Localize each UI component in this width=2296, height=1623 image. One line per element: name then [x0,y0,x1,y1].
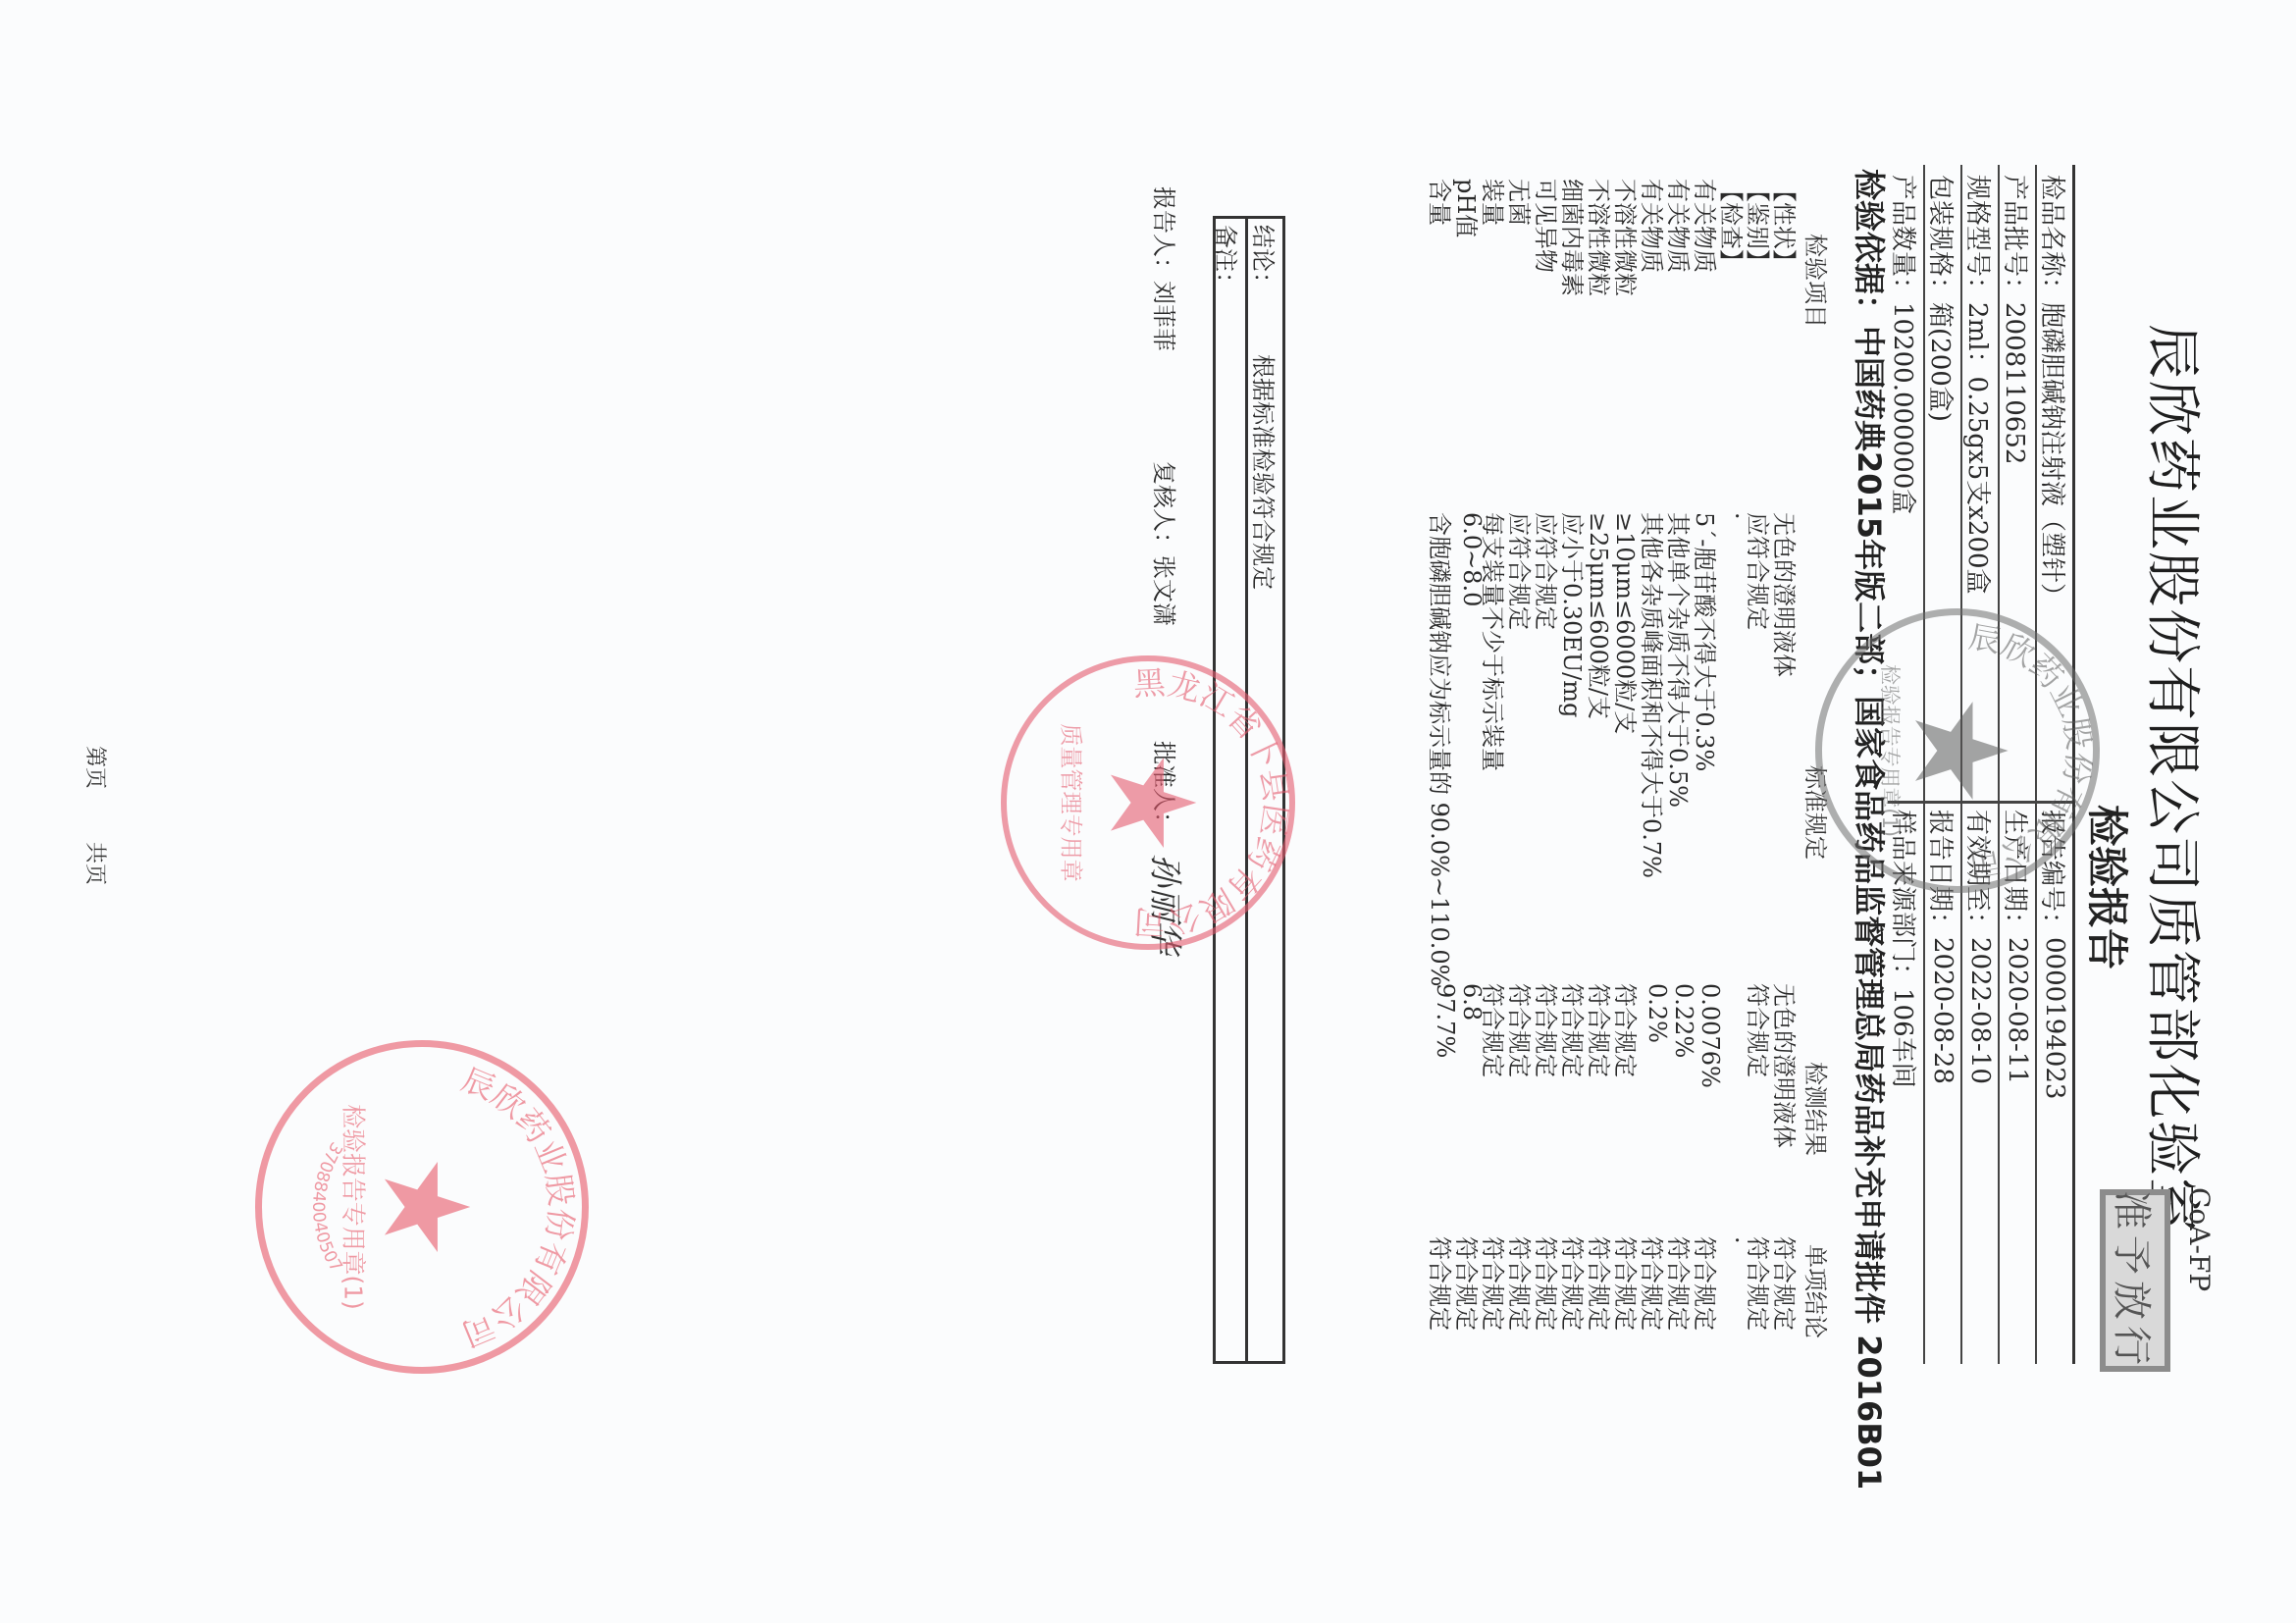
test-result: 0.2% [1644,983,1671,1043]
column-header-conclusion: 单项结论 [1800,1244,1835,1338]
conclusion-row: 结论： 根据标准检验符合规定 [1248,219,1282,1361]
production-date: 2020-08-11 [2003,937,2032,1084]
info-row: 产品批号：2008110652 生产日期：2020-08-11 [1998,165,2035,1364]
test-result: 符合规定 [1743,983,1777,1077]
test-conclusion: 符合规定 [1743,1236,1777,1331]
form-code: CoA-FP [2183,1187,2216,1291]
column-header-item: 检验项目 [1800,234,1835,328]
packaging: 箱(200盒) [1926,302,1956,422]
svg-text:质量管理专用章: 质量管理专用章 [1058,723,1083,881]
info-label: 有效期至： [1962,810,1999,937]
test-standard: 应符合规定 [1743,512,1777,630]
inspection-report-document: 辰欣药业股份有限公司质管部化验室 检验报告 CoA-FP 准予放行 检品名称：胞… [0,0,2296,1623]
release-approved-stamp: 准予放行 [2100,1189,2170,1372]
test-result: 0.22% [1670,983,1697,1058]
info-label: 报告日期： [1925,810,1961,937]
expiry-date: 2022-08-10 [1965,937,1995,1084]
info-label: 生产日期： [2000,810,2036,937]
report-date: 2020-08-28 [1928,937,1957,1084]
company-lab-title: 辰欣药业股份有限公司质管部化验室 [2137,324,2216,1234]
column-header-result: 检测结果 [1800,1062,1835,1156]
red-company-seal: 辰欣药业股份有限公司 3708840040507 检验报告专用章(1) ★ [255,1040,589,1374]
star-icon: ★ [365,1154,483,1260]
page-footer: 第页 共页 [81,746,112,885]
approver-handwritten-signature: 孙丽华 [1144,854,1192,954]
reporter-name: 刘菲菲 [1150,281,1177,351]
product-name: 胞磷胆碱钠注射液（塑针） [2038,302,2067,608]
info-row: 规格型号：2ml：0.25gx5支x200盒 有效期至：2022-08-10 [1960,165,1998,1364]
info-label: 检品名称： [2038,175,2067,302]
approver-label: 批准人： [1149,741,1183,835]
info-label: 规格型号： [1963,175,1993,302]
remarks-label: 备注： [1211,225,1245,295]
info-label: 包装规格： [1926,175,1956,302]
conclusion-box: 结论： 根据标准检验符合规定 备注： [1213,216,1285,1364]
test-standard: · [1723,512,1750,520]
page-total-label: 共页 [82,842,107,885]
test-result: 0.0076% [1696,983,1724,1088]
reviewer: 复核人：张文潇 [1149,461,1183,626]
report-title: 检验报告 [2080,805,2139,969]
test-item: 含量 [1425,179,1459,226]
reporter: 报告人：刘菲菲 [1149,186,1183,351]
svg-text:3708840040507: 3708840040507 [308,1138,345,1276]
test-result: 97.7% [1432,983,1459,1058]
info-label: 产品批号： [2001,175,2030,302]
svg-text:辰欣药业股份有限公司: 辰欣药业股份有限公司 [456,1061,580,1353]
svg-text:检验报告专用章(1): 检验报告专用章(1) [339,1104,367,1310]
test-conclusion: 符合规定 [1425,1236,1459,1331]
report-number: 0000194023 [2040,937,2069,1099]
remarks-row: 备注： [1211,219,1248,1361]
conclusion-label: 结论： [1248,225,1282,295]
reviewer-label: 复核人： [1150,461,1177,555]
test-standard: 6.0~8.0 [1458,512,1486,606]
column-header-standard: 标准规定 [1800,765,1835,860]
seal-ring-text: 辰欣药业股份有限公司 3708840040507 检验报告专用章(1) [262,1047,582,1367]
info-label: 报告编号： [2037,810,2073,937]
page-number-label: 第页 [82,746,107,789]
info-row: 包装规格：箱(200盒) 报告日期：2020-08-28 [1923,165,1960,1364]
info-row: 检品名称：胞磷胆碱钠注射液（塑针） 报告编号：0000194023 [2035,165,2072,1364]
reviewer-name: 张文潇 [1150,555,1177,626]
test-conclusion: · [1723,1236,1750,1244]
reporter-label: 报告人： [1150,186,1177,281]
batch-number: 2008110652 [2001,302,2030,464]
test-standard: 含胞磷胆碱钠应为标示量的 90.0%~110.0% [1425,512,1459,987]
product-info-table: 检品名称：胞磷胆碱钠注射液（塑针） 报告编号：0000194023 产品批号：2… [1888,165,2075,1364]
test-result: 6.8 [1458,983,1486,1021]
conclusion-value: 根据标准检验符合规定 [1248,354,1282,590]
inspection-basis: 检验依据：中国药典2015年版二部；国家食品药品监督管理总局药品补充申请批件 2… [1849,169,1894,1490]
specification: 2ml：0.25gx5支x200盒 [1963,302,1993,595]
